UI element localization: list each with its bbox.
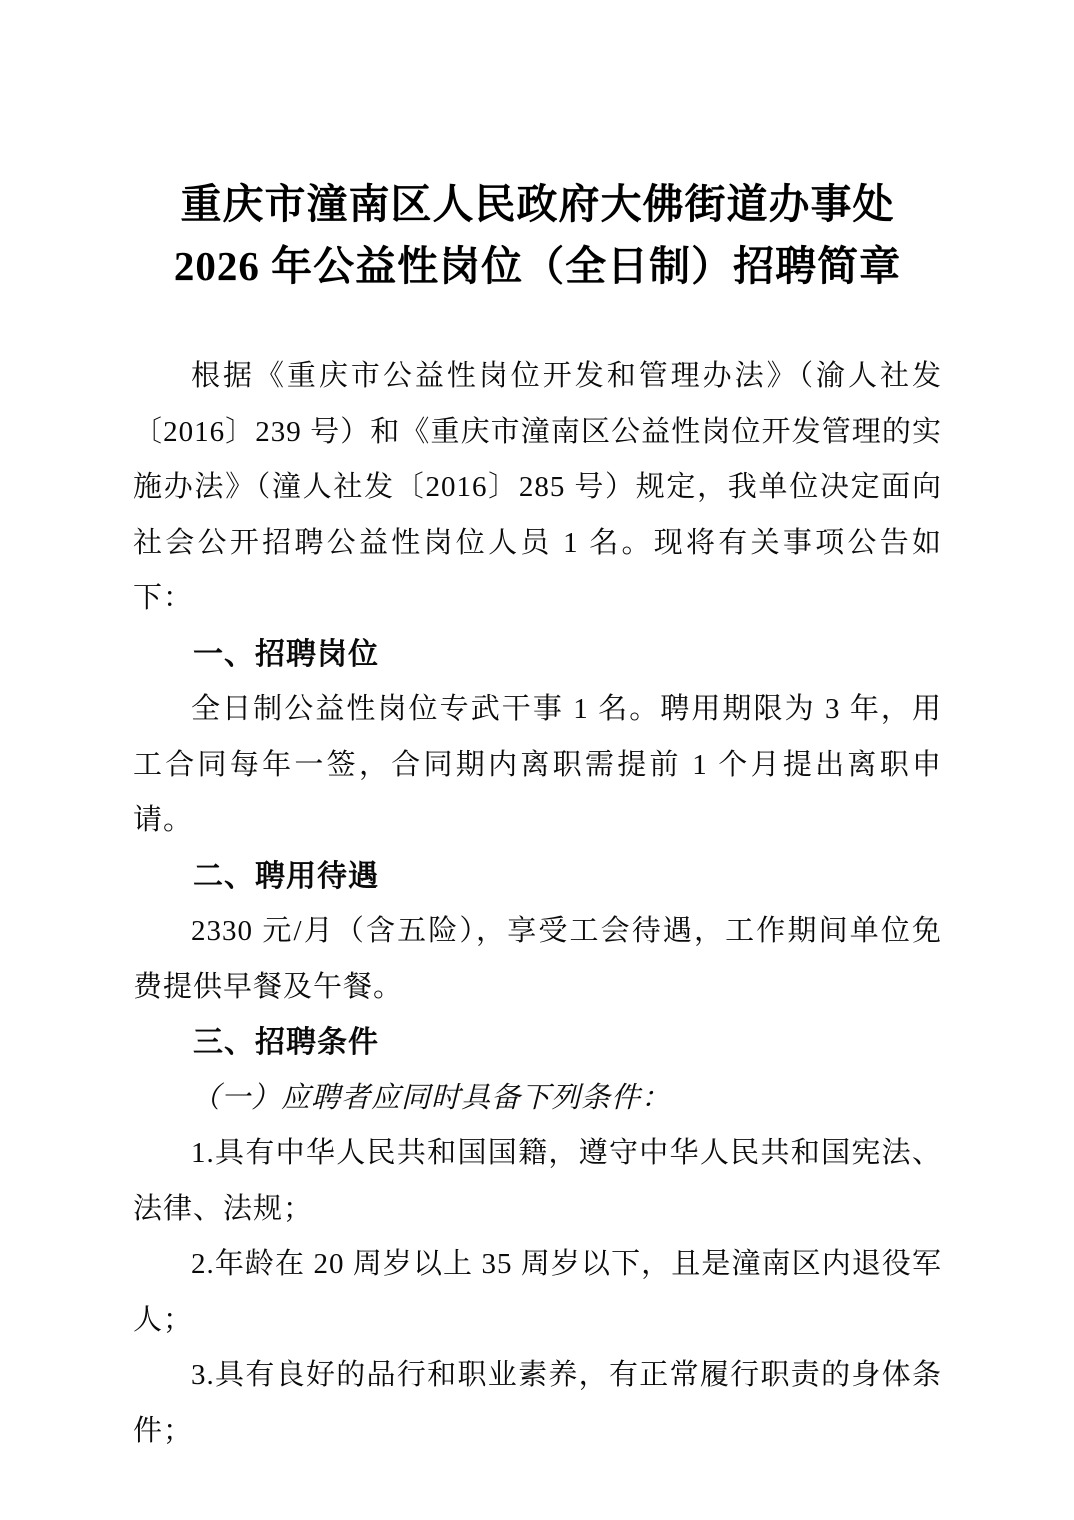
- title-line-1: 重庆市潼南区人民政府大佛街道办事处: [181, 181, 895, 227]
- document-content: 重庆市潼南区人民政府大佛街道办事处 2026 年公益性岗位（全日制）招聘简章 根…: [0, 173, 1074, 1459]
- condition-item-3: 3.具有良好的品行和职业素养，有正常履行职责的身体条件；: [133, 1348, 942, 1459]
- condition-item-1: 1.具有中华人民共和国国籍，遵守中华人民共和国宪法、法律、法规；: [133, 1126, 942, 1237]
- section-1-heading: 一、招聘岗位: [133, 627, 942, 683]
- section-2-heading: 二、聘用待遇: [133, 849, 942, 905]
- title-line-2: 2026 年公益性岗位（全日制）招聘简章: [174, 243, 901, 289]
- intro-paragraph: 根据《重庆市公益性岗位开发和管理办法》（渝人社发〔2016〕239 号）和《重庆…: [133, 349, 942, 627]
- conditions-subheading: （一）应聘者应同时具备下列条件：: [133, 1071, 942, 1127]
- document-title: 重庆市潼南区人民政府大佛街道办事处 2026 年公益性岗位（全日制）招聘简章: [133, 173, 942, 297]
- document-body: 根据《重庆市公益性岗位开发和管理办法》（渝人社发〔2016〕239 号）和《重庆…: [133, 349, 942, 1459]
- document-page: 重庆市潼南区人民政府大佛街道办事处 2026 年公益性岗位（全日制）招聘简章 根…: [0, 0, 1074, 1520]
- section-2-paragraph: 2330 元/月（含五险），享受工会待遇，工作期间单位免费提供早餐及午餐。: [133, 904, 942, 1015]
- section-1-paragraph: 全日制公益性岗位专武干事 1 名。聘用期限为 3 年，用工合同每年一签，合同期内…: [133, 682, 942, 849]
- section-3-heading: 三、招聘条件: [133, 1015, 942, 1071]
- condition-item-2: 2.年龄在 20 周岁以上 35 周岁以下，且是潼南区内退役军人；: [133, 1237, 942, 1348]
